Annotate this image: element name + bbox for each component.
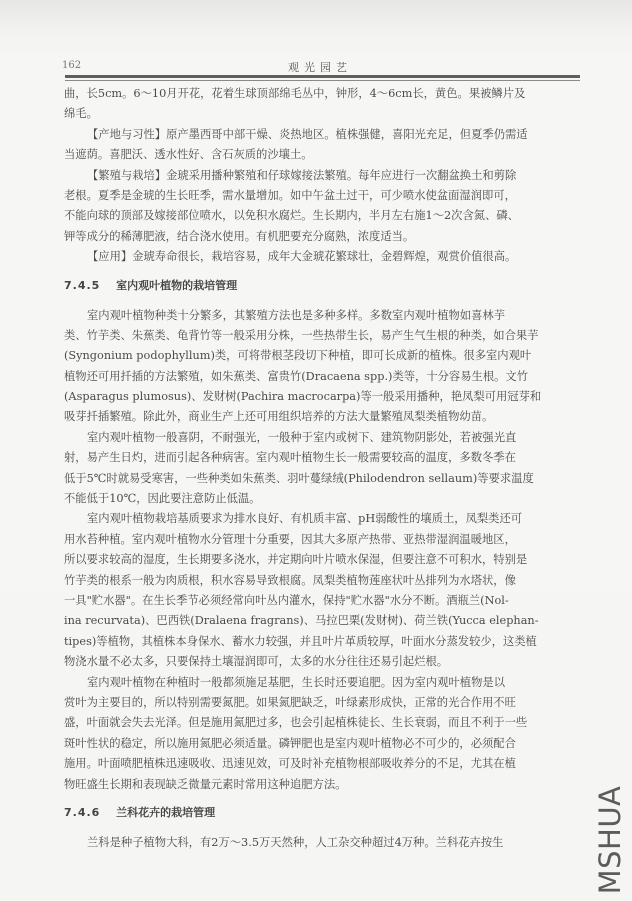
section-heading-7-4-5: 7.4.5 室内观叶植物的栽培管理 [64,276,580,296]
text-line: 室内观叶植物栽培基质要求为排水良好、有机质丰富、pH弱酸性的壤质土，凤梨类还可 [64,509,580,529]
section-number: 7.4.6 [64,806,100,819]
text-line: 【产地与习性】原产墨西哥中部干燥、炎热地区。植株强健，喜阳光充足，但夏季仍需适 [64,125,580,145]
text-line: 盛，叶面就会失去光泽。但是施用氮肥过多，也会引起植株徒长、生长衰弱，而且不利于一… [64,713,580,733]
text-line: 一具"贮水器"。在生长季节必须经常向叶丛内灌水，保持"贮水器"水分不断。酒瓶兰(… [64,591,580,611]
paragraph-foliage-light-temperature: 室内观叶植物一般喜阴，不耐强光，一般种于室内或树下、建筑物阴影处，若被强光直 射… [64,428,580,510]
book-page: 162 观光园艺 曲，长5cm。6～10月开花，花着生球顶部绵毛丛中，钟形，4～… [0,0,632,901]
text-line: 【繁殖与栽培】金琥采用播种繁殖和仔球嫁接法繁殖。每年应进行一次翻盆换土和剪除 [64,166,580,186]
paragraph-continued: 曲，长5cm。6～10月开花，花着生球顶部绵毛丛中，钟形，4～6cm长，黄色。果… [64,84,580,125]
section-heading-7-4-6: 7.4.6 兰科花卉的栽培管理 [64,803,580,823]
text-line: 当遮荫。喜肥沃、透水性好、含石灰质的沙壤土。 [64,145,580,165]
section-title: 室内观叶植物的栽培管理 [116,279,237,292]
page-body: 曲，长5cm。6～10月开花，花着生球顶部绵毛丛中，钟形，4～6cm长，黄色。果… [64,84,580,853]
text-line: 施用。叶面喷肥植株迅速吸收、迅速见效，可及时补充植物根部吸收养分的不足，尤其在植 [64,754,580,774]
text-line: 室内观叶植物在种植时一般都须施足基肥，生长时还要追肥。因为室内观叶植物是以 [64,673,580,693]
section-title: 兰科花卉的栽培管理 [116,806,215,819]
paragraph-origin-habits: 【产地与习性】原产墨西哥中部干燥、炎热地区。植株强健，喜阳光充足，但夏季仍需适 … [64,125,580,166]
text-line: 钾等成分的稀薄肥液，结合浇水使用。有机肥要充分腐熟，浓度适当。 [64,227,580,247]
text-line: 类、竹芋类、朱蕉类、龟背竹等一般采用分株，一些热带生长，易产生气生根的种类，如合… [64,326,580,346]
text-line: 吸芽扦插繁殖。除此外，商业生产上还可用组织培养的方法大量繁殖凤梨类植物幼苗。 [64,407,580,427]
paragraph-foliage-substrate-water: 室内观叶植物栽培基质要求为排水良好、有机质丰富、pH弱酸性的壤质土，凤梨类还可 … [64,509,580,672]
text-line: tipes)等植物，其植株本身保水、蓄水力较强，并且叶片革质较厚，叶面水分蒸发较… [64,632,580,652]
text-line: 兰科是种子植物大科，有2万～3.5万天然种，人工杂交种超过4万种。兰科花卉按生 [64,833,580,853]
paragraph-foliage-propagation: 室内观叶植物种类十分繁多，其繁殖方法也是多种多样。多数室内观叶植物如喜林芋 类、… [64,306,580,428]
text-line: ina recurvata)、巴西铁(Dralaena fragrans)、马拉… [64,611,580,631]
text-line: (Syngonium podophyllum)类，可将带根茎段切下种植，即可长成… [64,346,580,366]
running-title: 观光园艺 [60,59,580,75]
text-line: (Asparagus plumosus)、发财树(Pachira macroca… [64,387,580,407]
paragraph-propagation-cultivation: 【繁殖与栽培】金琥采用播种繁殖和仔球嫁接法繁殖。每年应进行一次翻盆换土和剪除 老… [64,166,580,248]
text-line: 物旺盛生长期和表现缺乏微量元素时常用这种追肥方法。 [64,775,580,795]
header-rule-thick [65,75,580,78]
text-line: 不能低于10℃，因此要注意防止低温。 [64,489,580,509]
paragraph-foliage-fertilizer: 室内观叶植物在种植时一般都须施足基肥，生长时还要追肥。因为室内观叶植物是以 赏叶… [64,673,580,795]
text-line: 绵毛。 [64,104,580,124]
text-line: 赏叶为主要目的，所以特别需要氮肥。如果氮肥缺乏，叶绿素形成快，正常的光合作用不旺 [64,693,580,713]
watermark: MSHUA [592,786,628,894]
text-line: 【应用】金琥寿命很长，栽培容易，成年大金琥花繁球壮，金碧辉煌，观赏价值很高。 [64,247,580,267]
header-rule-thin [65,80,580,81]
watermark-text: MSHUA [593,786,627,895]
paragraph-application: 【应用】金琥寿命很长，栽培容易，成年大金琥花繁球壮，金碧辉煌，观赏价值很高。 [64,247,580,267]
text-line: 所以要求较高的湿度，生长期要多浇水，并定期向叶片喷水保湿，但要注意不可积水，特别… [64,550,580,570]
text-line: 用水苔种植。室内观叶植物水分管理十分重要，因其大多原产热带、亚热带湿润温暖地区， [64,530,580,550]
paragraph-orchids-intro: 兰科是种子植物大科，有2万～3.5万天然种，人工杂交种超过4万种。兰科花卉按生 [64,833,580,853]
text-line: 不能向球的顶部及嫁接部位喷水，以免积水腐烂。生长期内，半月左右施1～2次含氮、磷… [64,206,580,226]
text-line: 曲，长5cm。6～10月开花，花着生球顶部绵毛丛中，钟形，4～6cm长，黄色。果… [64,84,580,104]
text-line: 物浇水量不必太多，只要保持土壤湿润即可，太多的水分往往还易引起烂根。 [64,652,580,672]
text-line: 植物还可用扦插的方法繁殖，如朱蕉类、富贵竹(Dracaena spp.)类等，十… [64,367,580,387]
text-line: 低于5℃时就易受寒害，一些种类如朱蕉类、羽叶蔓绿绒(Philodendron s… [64,469,580,489]
page-header: 162 观光园艺 [60,57,580,77]
text-line: 射，易产生日灼，进而引起各种病害。室内观叶植物生长一般需要较高的温度，多数冬季在 [64,448,580,468]
text-line: 室内观叶植物一般喜阴，不耐强光，一般种于室内或树下、建筑物阴影处，若被强光直 [64,428,580,448]
section-number: 7.4.5 [64,279,100,292]
text-line: 竹芋类的根系一般为肉质根，积水容易导致根腐。凤梨类植物莲座状叶丛排列为水塔状，像 [64,571,580,591]
text-line: 斑叶性状的稳定，所以施用氮肥必须适量。磷钾肥也是室内观叶植物必不可少的，必须配合 [64,734,580,754]
text-line: 室内观叶植物种类十分繁多，其繁殖方法也是多种多样。多数室内观叶植物如喜林芋 [64,306,580,326]
text-line: 老根。夏季是金琥的生长旺季，需水量增加。如中午盆土过干，可少喷水使盆面湿润即可， [64,186,580,206]
